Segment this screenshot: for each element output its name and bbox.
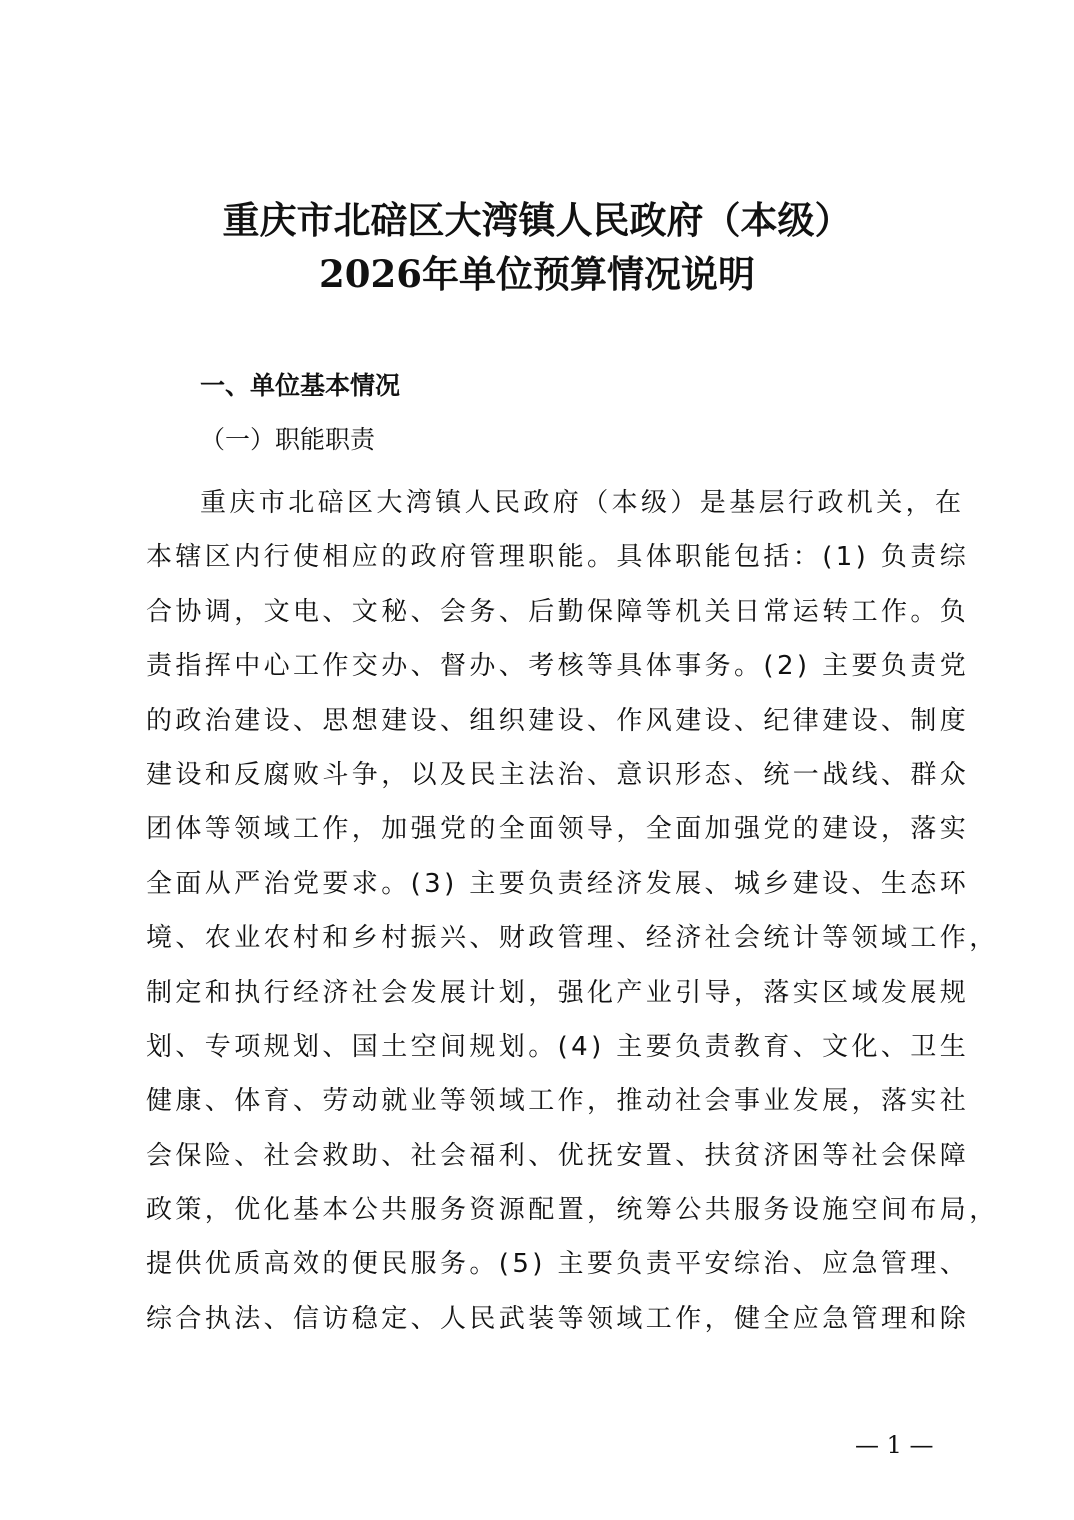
body-line: 合协调，文电、文秘、会务、后勤保障等机关日常运转工作。负: [146, 585, 946, 639]
page-number: — 1 —: [855, 1430, 934, 1460]
body-line: 综合执法、信访稳定、人民武装等领域工作，健全应急管理和除: [146, 1292, 946, 1346]
body-line: 责指挥中心工作交办、督办、考核等具体事务。(2) 主要负责党: [146, 639, 946, 693]
document-title-line-2: 2026年单位预算情况说明: [0, 252, 1074, 296]
body-line: 划、专项规划、国土空间规划。(4) 主要负责教育、文化、卫生: [146, 1020, 946, 1074]
body-line: 政策，优化基本公共服务资源配置，统筹公共服务设施空间布局，: [146, 1183, 946, 1237]
body-line: 提供优质高效的便民服务。(5) 主要负责平安综治、应急管理、: [146, 1237, 946, 1291]
body-line: 建设和反腐败斗争，以及民主法治、意识形态、统一战线、群众: [146, 748, 946, 802]
section-heading-basic-info: 一、单位基本情况: [200, 368, 400, 404]
body-line: 制定和执行经济社会发展计划，强化产业引导，落实区域发展规: [146, 966, 946, 1020]
body-line: 重庆市北碚区大湾镇人民政府（本级）是基层行政机关，在: [146, 476, 946, 530]
subsection-heading-functions: （一）职能职责: [200, 422, 375, 458]
body-line: 境、农业农村和乡村振兴、财政管理、经济社会统计等领域工作，: [146, 911, 946, 965]
body-line: 本辖区内行使相应的政府管理职能。具体职能包括：(1) 负责综: [146, 530, 946, 584]
body-line: 健康、体育、劳动就业等领域工作，推动社会事业发展，落实社: [146, 1074, 946, 1128]
body-paragraph: 重庆市北碚区大湾镇人民政府（本级）是基层行政机关，在 本辖区内行使相应的政府管理…: [146, 476, 946, 1346]
body-line: 团体等领域工作，加强党的全面领导，全面加强党的建设，落实: [146, 802, 946, 856]
body-line: 会保险、社会救助、社会福利、优抚安置、扶贫济困等社会保障: [146, 1129, 946, 1183]
body-line: 全面从严治党要求。(3) 主要负责经济发展、城乡建设、生态环: [146, 857, 946, 911]
body-line: 的政治建设、思想建设、组织建设、作风建设、纪律建设、制度: [146, 694, 946, 748]
document-title-line-1: 重庆市北碚区大湾镇人民政府（本级）: [0, 198, 1074, 242]
